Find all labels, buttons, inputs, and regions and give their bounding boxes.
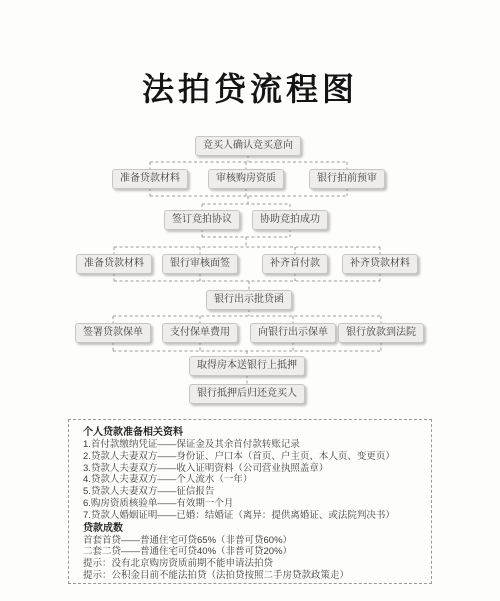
docs-section-title: 个人贷款准备相关资料 bbox=[83, 427, 423, 439]
flow-node-confirm-intent: 竞买人确认竞买意向 bbox=[195, 136, 301, 156]
info-panel: 个人贷款准备相关资料 1.首付款缴纳凭证——保证金及其余首付款转账记录 2.贷款… bbox=[68, 419, 432, 584]
docs-item: 3.贷款人夫妻双方——收入证明资料（公司营业执照盖章） bbox=[83, 463, 423, 475]
flow-node-deed-to-bank-mortgage: 取得房本送银行上抵押 bbox=[189, 356, 305, 376]
ratio-item: 提示：没有北京购房资质前期不能申请法拍贷 bbox=[83, 558, 423, 570]
flow-node-assist-auction-success: 协助竞拍成功 bbox=[252, 210, 328, 230]
ratio-section-title: 贷款成数 bbox=[83, 523, 423, 535]
ratio-item: 提示：公积金目前不能法拍贷（法拍贷按照二手房贷款政策走） bbox=[83, 570, 423, 582]
flow-node-show-policy-to-bank: 向银行出示保单 bbox=[250, 323, 336, 343]
page-title: 法拍贷流程图 bbox=[0, 64, 500, 110]
flow-node-review-qualification: 审核购房资质 bbox=[208, 169, 284, 189]
flow-node-bank-preaudit: 银行拍前预审 bbox=[309, 169, 385, 189]
flow-node-complete-downpayment: 补齐首付款 bbox=[262, 254, 328, 274]
ratio-item: 二套二贷——普通住宅可贷40%（非普可贷20%） bbox=[83, 546, 423, 558]
flow-node-prepare-materials-2: 准备贷款材料 bbox=[76, 254, 152, 274]
flow-node-sign-auction-agreement: 签订竞拍协议 bbox=[164, 210, 240, 230]
flow-node-pay-insurance-fee: 支付保单费用 bbox=[162, 323, 238, 343]
flow-node-approval-letter: 银行出示批贷函 bbox=[206, 290, 292, 310]
flow-node-return-to-bidder: 银行抵押后归还竞买人 bbox=[189, 384, 305, 404]
flowchart-page: 法拍贷流程图 竞买人确认竞买意向 准备贷款材料 审核购房资质 银行拍前预审 签订… bbox=[0, 0, 500, 601]
flow-node-bank-pays-court: 银行放款到法院 bbox=[338, 323, 424, 343]
docs-item: 1.首付款缴纳凭证——保证金及其余首付款转账记录 bbox=[83, 439, 423, 451]
flow-node-sign-insurance: 签署贷款保单 bbox=[75, 323, 151, 343]
docs-item: 2.贷款人夫妻双方——身份证、户口本（首页、户主页、本人页、变更页） bbox=[83, 451, 423, 463]
docs-item: 7.贷款人婚姻证明——已婚：结婚证（离异：提供离婚证、或法院判决书） bbox=[83, 510, 423, 522]
flow-node-complete-loan-materials: 补齐贷款材料 bbox=[342, 254, 418, 274]
docs-item: 6.购房资质核验单——有效期一个月 bbox=[83, 498, 423, 510]
docs-item: 5.贷款人夫妻双方——征信报告 bbox=[83, 486, 423, 498]
ratio-item: 首套首贷——普通住宅可贷65%（非普可贷60%） bbox=[83, 535, 423, 547]
flow-node-bank-interview: 银行审核面签 bbox=[162, 254, 238, 274]
flow-node-prepare-materials-1: 准备贷款材料 bbox=[112, 169, 188, 189]
docs-item: 4.贷款人夫妻双方——个人流水（一年） bbox=[83, 474, 423, 486]
